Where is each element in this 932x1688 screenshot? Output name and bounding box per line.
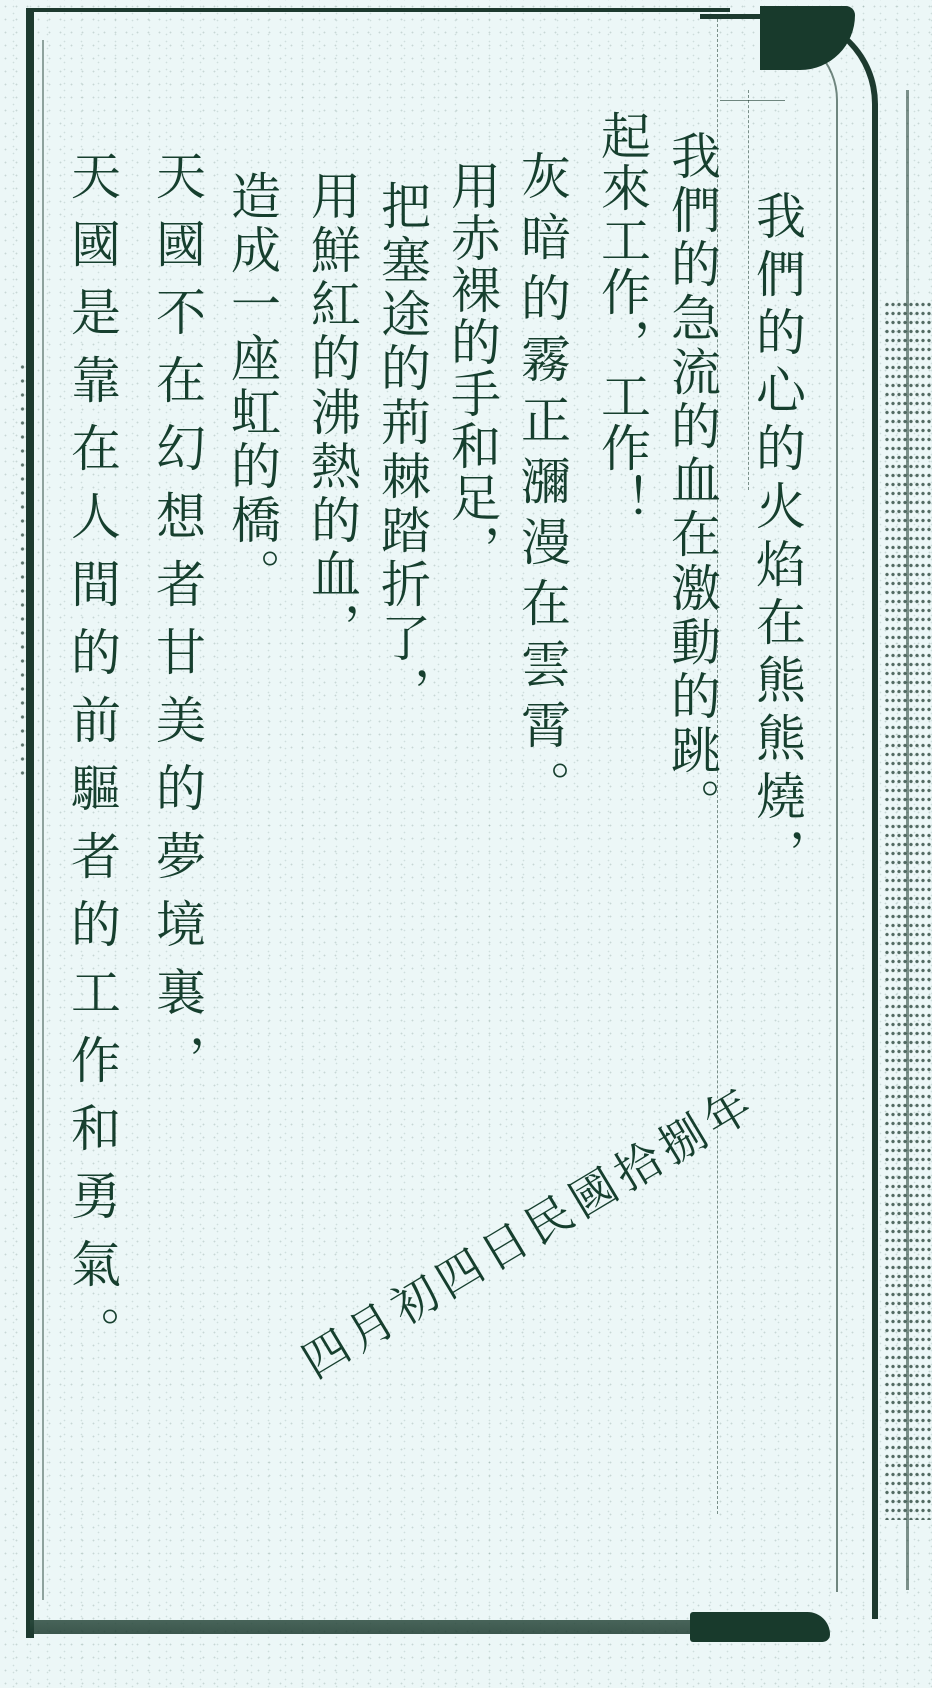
left-edge-marks: [20, 360, 30, 780]
poem-line-9: 天國不在幻想者甘美的夢境裏，: [152, 150, 202, 1102]
book-binding-edge: [884, 300, 932, 1520]
poem-line-7: 用鮮紅的沸熱的血，: [307, 170, 357, 656]
page-top-border: [30, 8, 730, 12]
page-left-border: [26, 8, 34, 1638]
guide-tick-mark: [720, 100, 785, 101]
poem-line-3: 起來工作，工作！: [597, 110, 647, 526]
poem-line-8: 造成一座虹的橋。: [227, 170, 277, 602]
page-left-inner-line: [42, 40, 44, 1600]
poem-line-5: 用赤裸的手和足，: [447, 160, 497, 576]
poem-line-6: 把塞途的荊棘踏折了，: [377, 180, 427, 720]
date-inscription: 四月初四日民國拾捌年: [288, 1067, 768, 1391]
poem-line-2: 我們的急流的血在激動的跳。: [667, 130, 717, 832]
poem-line-10: 天國是靠在人間的前驅者的工作和勇氣。: [67, 150, 117, 1374]
bottom-right-corner-shadow: [690, 1612, 830, 1642]
poem-line-4: 灰暗的霧正瀰漫在雲霄。: [517, 150, 567, 821]
poem-line-1: 我們的心的火焰在熊熊燒，: [752, 190, 802, 886]
